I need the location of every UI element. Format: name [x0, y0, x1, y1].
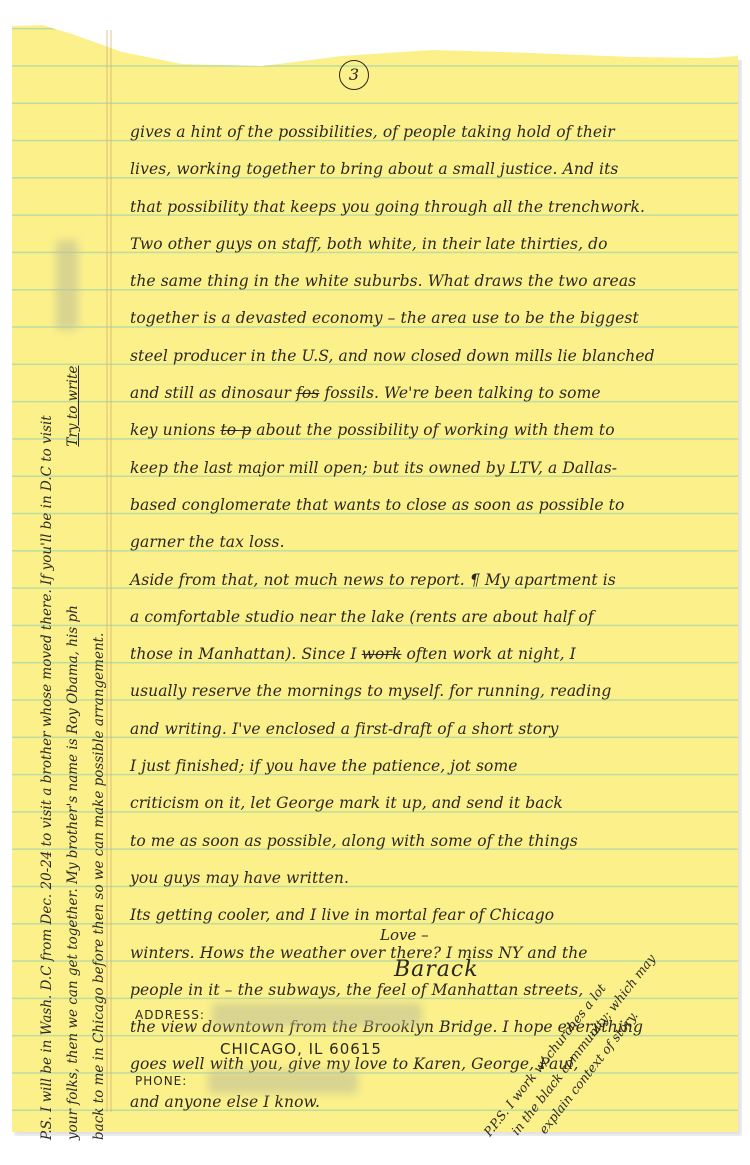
letter-line: and writing. I've enclosed a first-draft…: [130, 711, 730, 748]
ps-redaction: [56, 240, 78, 330]
letter-line: you guys may have written.: [130, 860, 730, 897]
letter-line: Two other guys on staff, both white, in …: [130, 226, 730, 263]
address-label: ADDRESS:: [135, 1008, 205, 1022]
ps-line: your folks, then we can get together. My…: [60, 20, 86, 1140]
letter-line: steel producer in the U.S, and now close…: [130, 338, 730, 375]
letter-line: gives a hint of the possibilities, of pe…: [130, 114, 730, 151]
address-city-line: CHICAGO, IL 60615: [220, 1040, 382, 1058]
phone-redaction: [208, 1070, 358, 1094]
closing: Love –: [380, 926, 429, 944]
address-redaction: [212, 1003, 422, 1027]
letter-line: that possibility that keeps you going th…: [130, 189, 730, 226]
struck-word: to p: [220, 421, 251, 439]
struck-word: work: [362, 645, 402, 663]
letter-line: key unions to p about the possibility of…: [130, 412, 730, 449]
letter-line: a comfortable studio near the lake (rent…: [130, 599, 730, 636]
letter-line: usually reserve the mornings to myself. …: [130, 673, 730, 710]
letter-line: lives, working together to bring about a…: [130, 151, 730, 188]
letter-line: those in Manhattan). Since I work often …: [130, 636, 730, 673]
letter-line: keep the last major mill open; but its o…: [130, 450, 730, 487]
ps-margin-note: P.S. I will be in Wash. D.C from Dec. 20…: [34, 20, 112, 1140]
letter-line: I just finished; if you have the patienc…: [130, 748, 730, 785]
letter-line: garner the tax loss.: [130, 524, 730, 561]
ps-line: back to me in Chicago before then so we …: [86, 20, 112, 1140]
letter-line: the same thing in the white suburbs. Wha…: [130, 263, 730, 300]
page-number: 3: [339, 60, 369, 90]
letter-line: criticism on it, let George mark it up, …: [130, 785, 730, 822]
signature: Barack: [394, 957, 479, 982]
ps-line-text: your folks, then we can get together. My…: [65, 605, 81, 1140]
ps-tail: Try to write: [65, 366, 81, 447]
struck-word: fos: [296, 384, 319, 402]
letter-line: together is a devasted economy – the are…: [130, 300, 730, 337]
ps-line: P.S. I will be in Wash. D.C from Dec. 20…: [34, 20, 60, 1140]
letter-line: and still as dinosaur fos fossils. We're…: [130, 375, 730, 412]
letter-line: Aside from that, not much news to report…: [130, 562, 730, 599]
letter-line: based conglomerate that wants to close a…: [130, 487, 730, 524]
phone-label: PHONE:: [135, 1074, 187, 1088]
letter-line: to me as soon as possible, along with so…: [130, 823, 730, 860]
